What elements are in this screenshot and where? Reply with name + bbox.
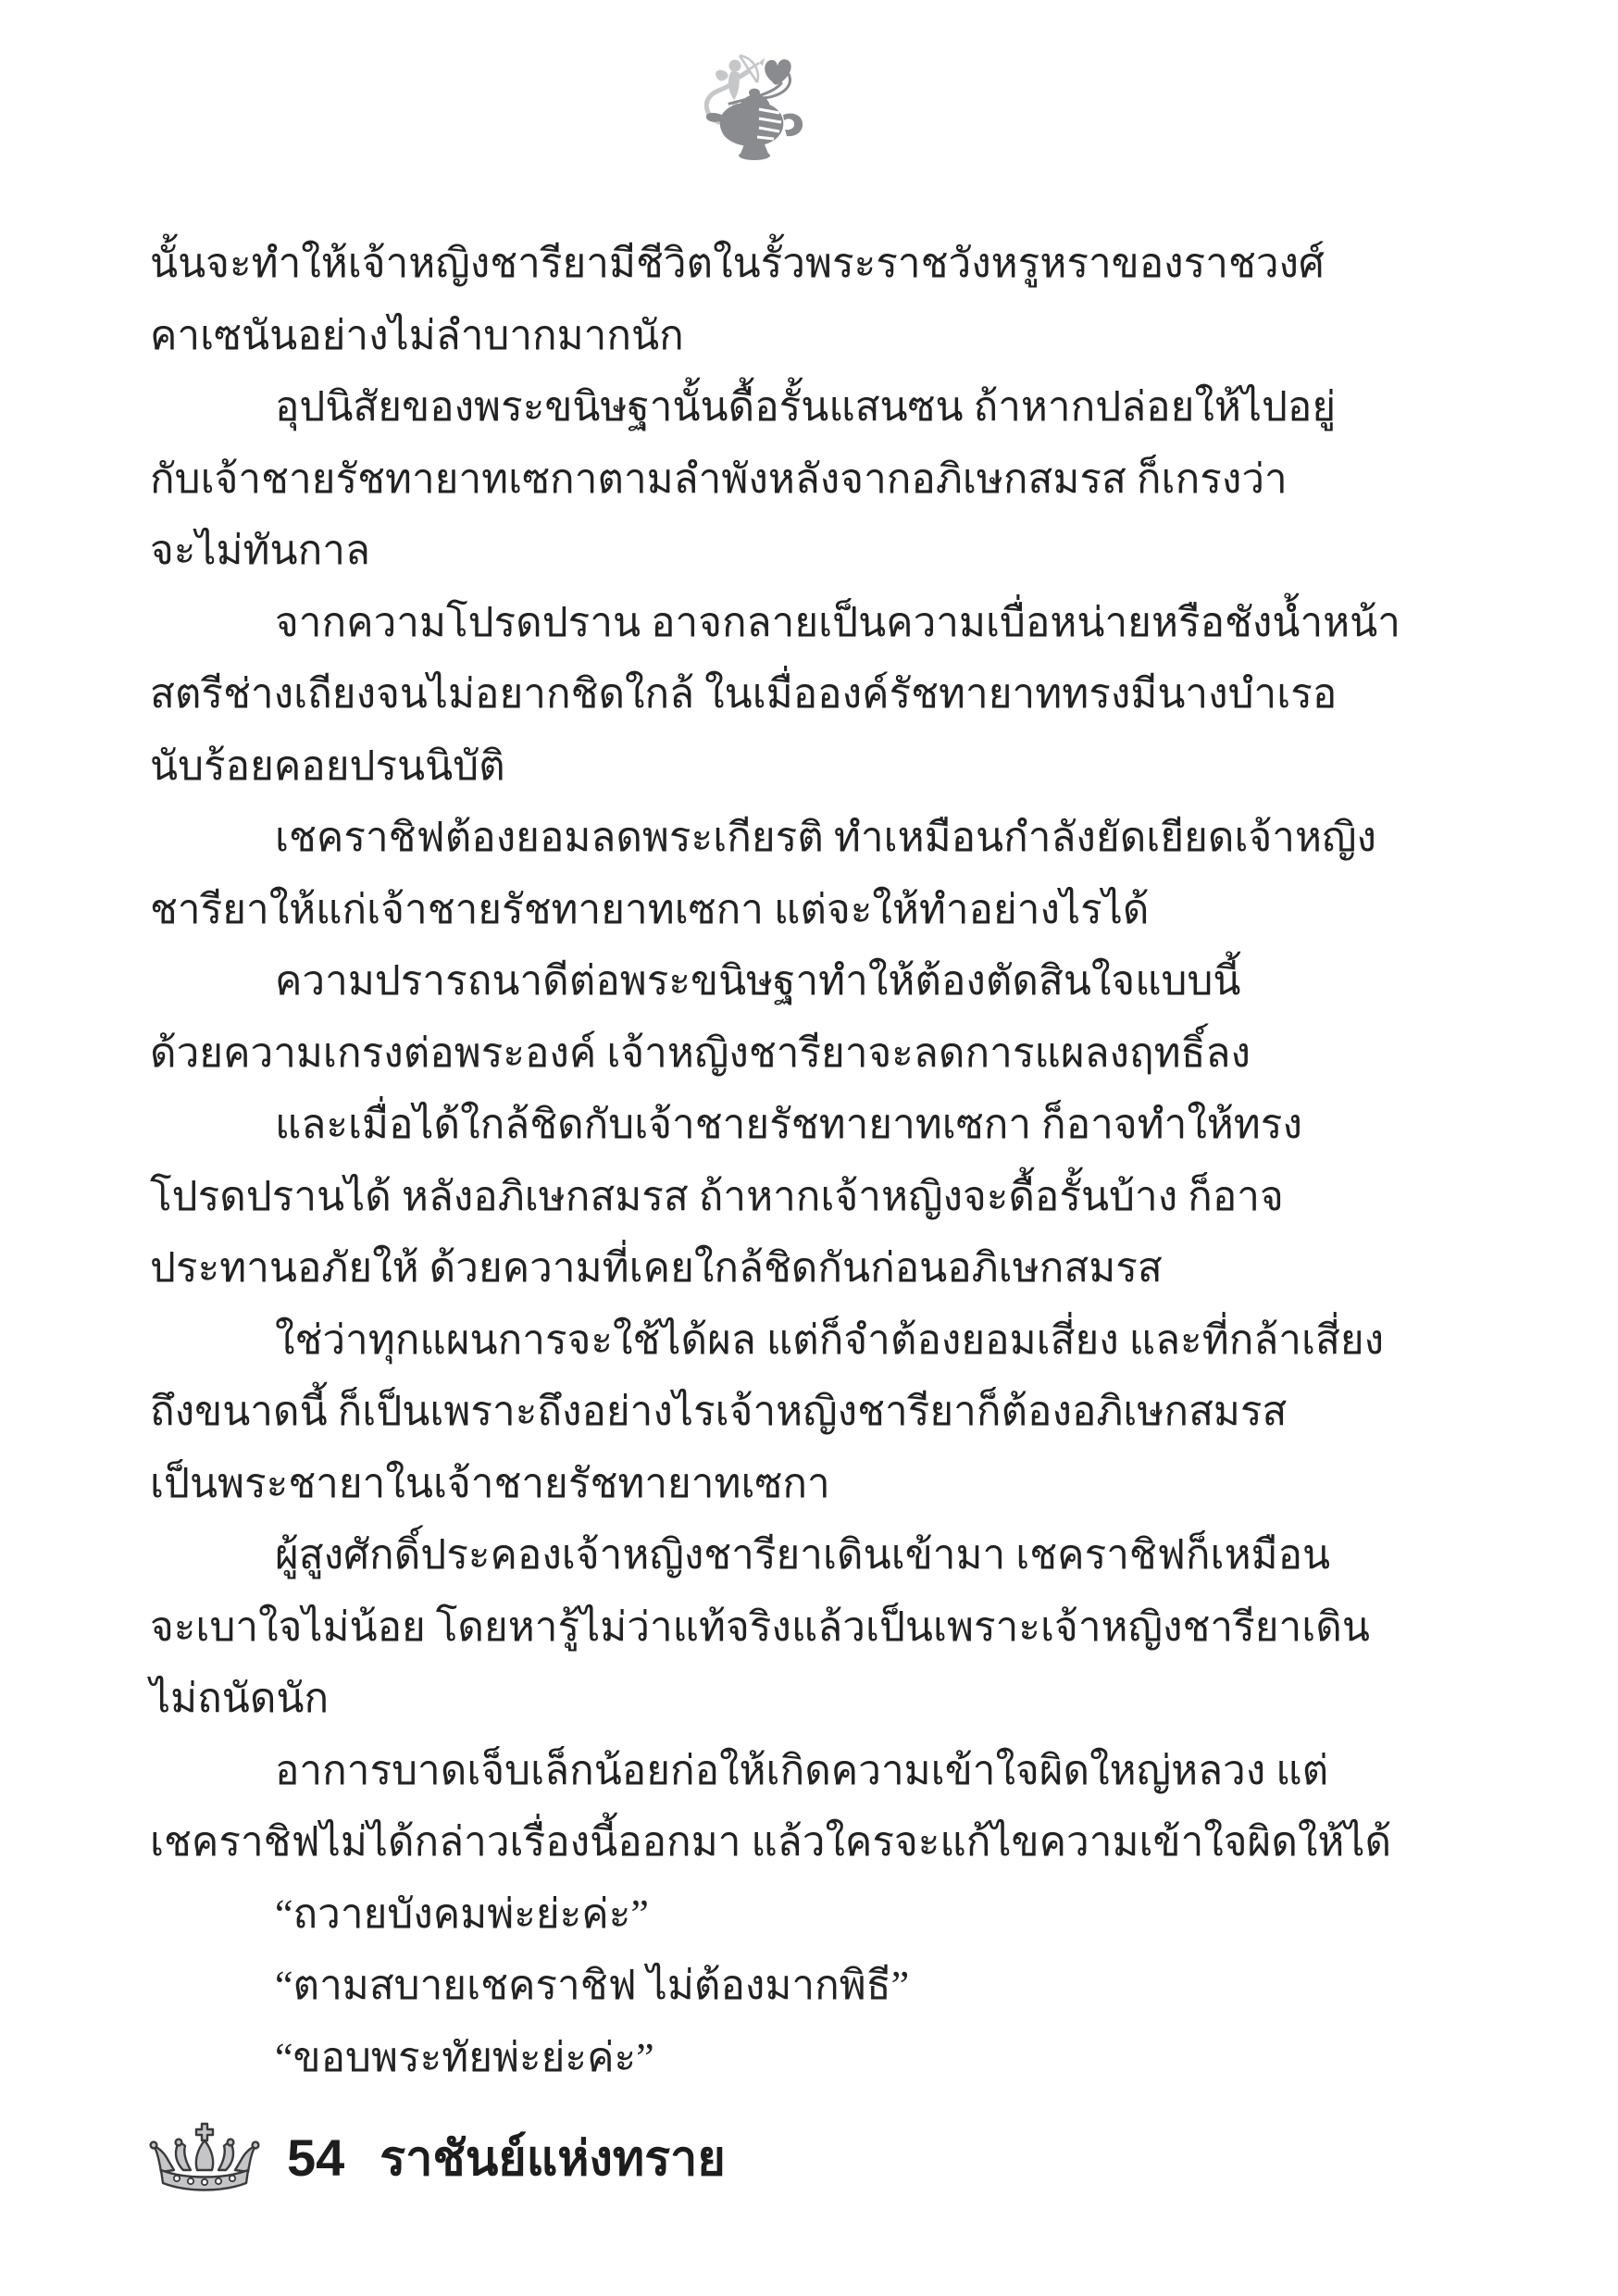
book-title: ราชันย์แห่งทราย [380, 2119, 726, 2196]
text-line: อาการบาดเจ็บเล็กน้อยก่อให้เกิดความเข้าใจ… [150, 1735, 1351, 1807]
dialogue-line: “ขอบพระทัยพ่ะย่ะค่ะ” [150, 2022, 1351, 2094]
text-line: อุปนิสัยของพระขนิษฐานั้นดื้อรั้นแสนซน ถ้… [150, 371, 1351, 443]
text-line: ความปรารถนาดีต่อพระขนิษฐาทำให้ต้องตัดสิน… [150, 945, 1351, 1017]
text-line: ใช่ว่าทุกแผนการจะใช้ได้ผล แต่ก็จำต้องยอม… [150, 1304, 1351, 1377]
text-line: เชคราชิฟไม่ได้กล่าวเรื่องนี้ออกมา แล้วใค… [150, 1806, 1351, 1878]
text-line: จากความโปรดปราน อาจกลายเป็นความเบื่อหน่า… [150, 587, 1351, 659]
text-line: เชคราชิฟต้องยอมลดพระเกียรติ ทำเหมือนกำลั… [150, 802, 1351, 874]
text-line: จะเบาใจไม่น้อย โดยหารู้ไม่ว่าแท้จริงแล้ว… [150, 1591, 1351, 1664]
text-line: และเมื่อได้ใกล้ชิดกับเจ้าชายรัชทายาทเซกา… [150, 1089, 1351, 1161]
heart-shape [765, 59, 790, 84]
text-line: ผู้สูงศักดิ์ประคองเจ้าหญิงชารียาเดินเข้า… [150, 1519, 1351, 1591]
arrowhead [759, 57, 765, 66]
text-line: ประทานอภัยให้ ด้วยความที่เคยใกล้ชิดกันก่… [150, 1232, 1351, 1304]
dialogue-line: “ถวายบังคมพ่ะย่ะค่ะ” [150, 1878, 1351, 1951]
text-line: ไม่ถนัดนัก [150, 1663, 1351, 1735]
dialogue-line: “ตามสบายเชคราชิฟ ไม่ต้องมากพิธี” [150, 1950, 1351, 2022]
page-number: 54 [287, 2128, 344, 2188]
crown-icon [148, 2122, 261, 2192]
text-line: ด้วยความเกรงต่อพระองค์ เจ้าหญิงชารียาจะล… [150, 1017, 1351, 1090]
book-page: นั้นจะทำให้เจ้าหญิงชารียามีชีวิตในรั้วพร… [0, 0, 1618, 2296]
text-line: นั้นจะทำให้เจ้าหญิงชารียามีชีวิตในรั้วพร… [150, 228, 1351, 300]
text-line: กับเจ้าชายรัชทายาทเซกาตามลำพังหลังจากอภิ… [150, 443, 1351, 516]
page-footer: 54 ราชันย์แห่งทราย [148, 2118, 726, 2196]
text-line: เป็นพระชายาในเจ้าชายรัชทายาทเซกา [150, 1448, 1351, 1520]
text-line: จะไม่ทันกาล [150, 515, 1351, 587]
text-line: ชารียาให้แก่เจ้าชายรัชทายาทเซกา แต่จะให้… [150, 874, 1351, 946]
text-line: ถึงขนาดนี้ ก็เป็นเพราะถึงอย่างไรเจ้าหญิง… [150, 1376, 1351, 1448]
text-line: คาเซนันอย่างไม่ลำบากมากนัก [150, 300, 1351, 372]
text-line: โปรดปรานได้ หลังอภิเษกสมรส ถ้าหากเจ้าหญิ… [150, 1161, 1351, 1233]
genie-lamp [706, 89, 803, 161]
page-text: นั้นจะทำให้เจ้าหญิงชารียามีชีวิตในรั้วพร… [150, 228, 1351, 2093]
text-line: สตรีช่างเถียงจนไม่อยากชิดใกล้ ในเมื่อองค… [150, 658, 1351, 730]
genie-lamp-cupid-heart-ornament-icon [696, 52, 813, 170]
text-line: นับร้อยคอยปรนนิบัติ [150, 730, 1351, 803]
